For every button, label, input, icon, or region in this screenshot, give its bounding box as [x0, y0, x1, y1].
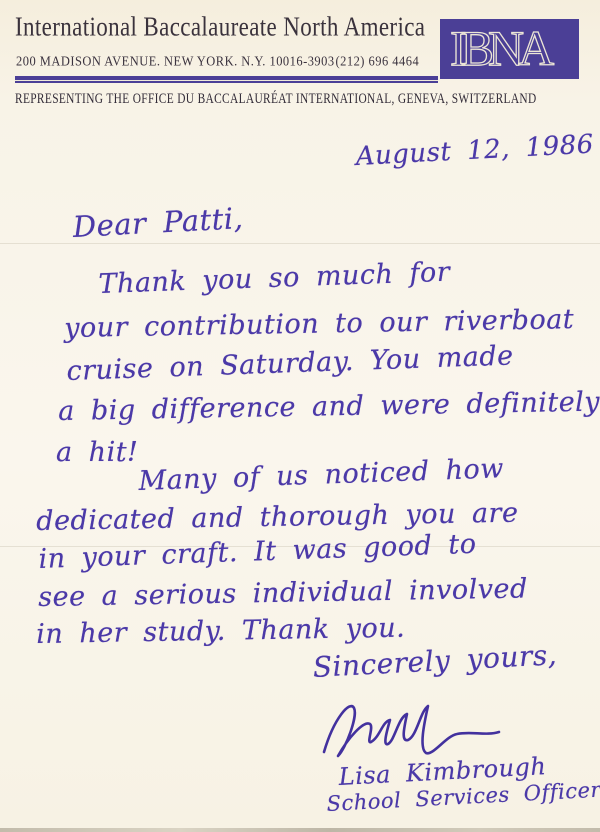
handwriting-line: your contribution to our riverboat [64, 304, 574, 344]
address-line: 200 MADISON AVENUE. NEW YORK. N.Y. 10016… [16, 53, 335, 70]
address-row: 200 MADISON AVENUE. NEW YORK. N.Y. 10016… [16, 53, 419, 70]
organization-name: International Baccalaureate North Americ… [15, 13, 425, 43]
logo-acronym: IBNA [450, 21, 554, 76]
paper-fold-line [0, 243, 600, 244]
closing: Sincerely yours, [312, 638, 558, 684]
letter-date: August 12, 1986 [355, 130, 594, 172]
handwriting-line: in her study. Thank you. [36, 613, 405, 650]
scan-bottom-edge [0, 828, 600, 832]
handwriting-line: Thank you so much for [98, 257, 451, 300]
ibna-logo: IBNA [440, 19, 579, 79]
salutation: Dear Patti, [72, 201, 244, 244]
phone-number: (212) 696 4464 [336, 53, 420, 70]
ibna-logo-art: IBNA [442, 21, 577, 77]
letterhead-rule [15, 76, 438, 83]
handwriting-line: a big difference and were definitely [58, 387, 600, 427]
letterhead-tagline: REPRESENTING THE OFFICE DU BACCALAURÉAT … [15, 90, 537, 108]
handwriting-line: see a serious individual involved [38, 573, 528, 613]
handwriting-line: cruise on Saturday. You made [66, 340, 514, 387]
scanned-letter-page: International Baccalaureate North Americ… [0, 0, 600, 832]
handwriting-line: a hit! [56, 437, 138, 468]
handwriting-line: Many of us noticed how [138, 453, 504, 497]
